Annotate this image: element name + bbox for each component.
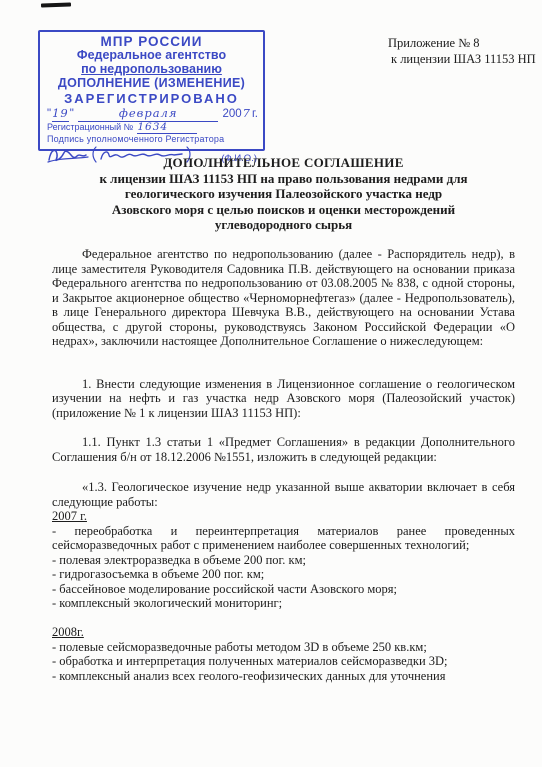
stamp-org-line1: МПР РОССИИ — [45, 35, 258, 49]
scan-artifact-mark — [41, 2, 71, 7]
title-line3: геологического изучения Палеозойского уч… — [52, 186, 515, 202]
stamp-date-year-hand: 7 — [243, 106, 251, 121]
work-item-2008-3: - комплексный анализ всех геолого-геофиз… — [52, 669, 515, 684]
stamp-date-close-quote: " — [70, 107, 74, 122]
work-item-2007-5: - комплексный экологический мониторинг; — [52, 596, 515, 611]
clause-1-1-paragraph: 1.1. Пункт 1.3 статьи 1 «Предмет Соглаше… — [52, 435, 515, 464]
stamp-reg-number: 1634 — [137, 122, 197, 134]
registration-stamp: МПР РОССИИ Федеральное агентство по недр… — [38, 30, 265, 151]
clause-1-paragraph: 1. Внести следующие изменения в Лицензио… — [52, 377, 515, 421]
stamp-org-line3: по недропользованию — [45, 62, 258, 76]
works-year-2007-heading: 2007 г. — [52, 509, 515, 524]
annex-line1: Приложение № 8 — [388, 36, 536, 52]
document-body: Федеральное агентство по недропользовани… — [52, 247, 515, 683]
stamp-date-day: 19 — [52, 106, 69, 122]
stamp-reg-label: Регистрационный № — [47, 122, 133, 133]
work-item-2007-4: - бассейновое моделирование российской ч… — [52, 582, 515, 597]
clause-1-3-paragraph: «1.3. Геологическое изучение недр указан… — [52, 480, 515, 509]
annex-reference: Приложение № 8 к лицензии ШАЗ 11153 НП — [388, 36, 536, 67]
stamp-date-suffix: г. — [252, 107, 258, 122]
document-title: ДОПОЛНИТЕЛЬНОЕ СОГЛАШЕНИЕ к лицензии ШАЗ… — [52, 155, 515, 233]
stamp-registered-label: ЗАРЕГИСТРИРОВАНО — [45, 91, 258, 106]
stamp-signature-label: Подпись уполномоченного Регистратора — [45, 134, 258, 145]
stamp-date-year-printed: 200 — [222, 107, 241, 122]
stamp-date-month: февраля — [78, 106, 219, 122]
stamp-org-line2: Федеральное агентство — [45, 49, 258, 62]
title-line5: углеводородного сырья — [52, 217, 515, 233]
title-line4: Азовского моря с целью поисков и оценки … — [52, 202, 515, 218]
work-item-2007-2: - полевая электроразведка в объеме 200 п… — [52, 553, 515, 568]
work-item-2008-2: - обработка и интерпретация полученных м… — [52, 654, 515, 669]
work-item-2007-3: - гидрогазосъемка в объеме 200 пог. км; — [52, 567, 515, 582]
annex-line2: к лицензии ШАЗ 11153 НП — [388, 52, 536, 68]
preamble-paragraph: Федеральное агентство по недропользовани… — [52, 247, 515, 349]
work-item-2007-1: - переобработка и переинтерпретация мате… — [52, 524, 515, 553]
stamp-date-open-quote: " — [47, 107, 51, 122]
stamp-doc-type: ДОПОЛНЕНИЕ (ИЗМЕНЕНИЕ) — [45, 76, 258, 91]
works-year-2008-heading: 2008г. — [52, 625, 515, 640]
document-page: МПР РОССИИ Федеральное агентство по недр… — [0, 0, 542, 767]
stamp-registration-number-line: Регистрационный № 1634 — [45, 122, 258, 134]
stamp-date-line: "19" февраля 2007г. — [45, 106, 258, 122]
work-item-2008-1: - полевые сейсморазведочные работы метод… — [52, 640, 515, 655]
title-line2: к лицензии ШАЗ 11153 НП на право пользов… — [52, 171, 515, 187]
title-line1: ДОПОЛНИТЕЛЬНОЕ СОГЛАШЕНИЕ — [52, 155, 515, 171]
